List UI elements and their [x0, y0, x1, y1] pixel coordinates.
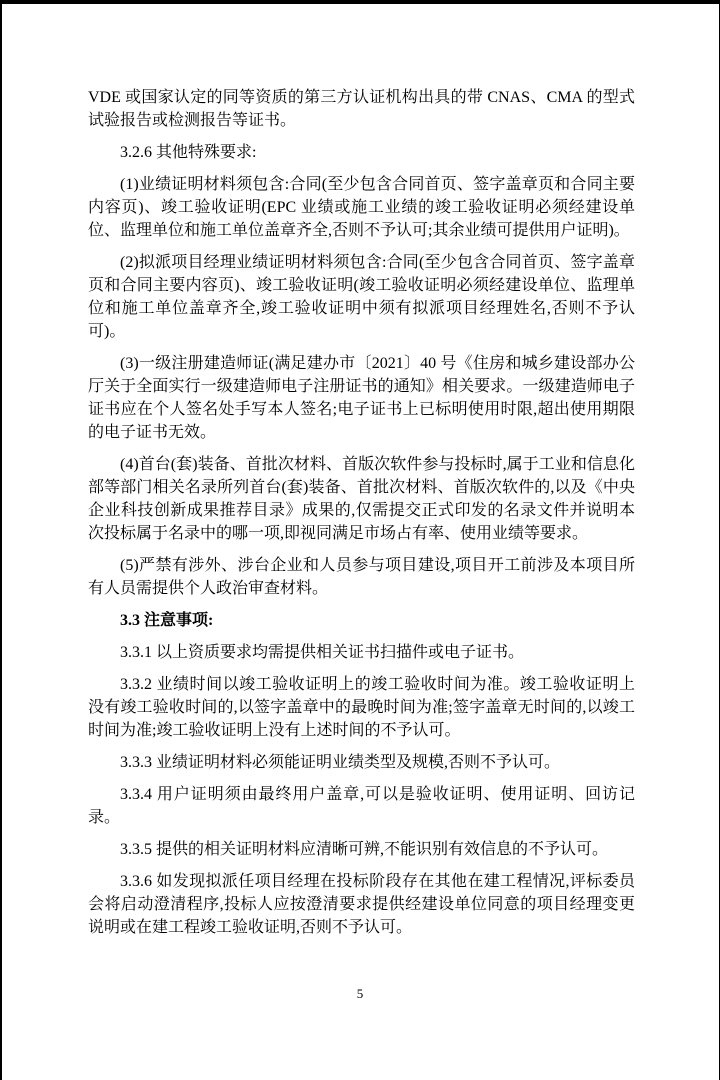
- paragraph: (1)业绩证明材料须包含:合同(至少包含合同首页、签字盖章页和合同主要内容页)、…: [88, 173, 635, 242]
- paragraph: (4)首台(套)装备、首批次材料、首版次软件参与投标时,属于工业和信息化部等部门…: [88, 453, 635, 545]
- page-frame-left-border: [0, 0, 2, 1080]
- document-body: VDE 或国家认定的同等资质的第三方认证机构出具的带 CNAS、CMA 的型式试…: [88, 86, 635, 948]
- paragraph: 3.3.4 用户证明须由最终用户盖章,可以是验收证明、使用证明、回访记录。: [88, 783, 635, 829]
- paragraph: 3.2.6 其他特殊要求:: [88, 141, 635, 164]
- paragraph: (2)拟派项目经理业绩证明材料须包含:合同(至少包含合同首页、签字盖章页和合同主…: [88, 251, 635, 343]
- paragraph: 3.3.2 业绩时间以竣工验收证明上的竣工验收时间为准。竣工验收证明上没有竣工验…: [88, 673, 635, 742]
- paragraph: 3.3.6 如发现拟派任项目经理在投标阶段存在其他在建工程情况,评标委员会将启动…: [88, 870, 635, 939]
- paragraph: 3.3.1 以上资质要求均需提供相关证书扫描件或电子证书。: [88, 641, 635, 664]
- paragraph: (3)一级注册建造师证(满足建办市〔2021〕40 号《住房和城乡建设部办公厅关…: [88, 352, 635, 444]
- paragraph: VDE 或国家认定的同等资质的第三方认证机构出具的带 CNAS、CMA 的型式试…: [88, 86, 635, 132]
- document-page: VDE 或国家认定的同等资质的第三方认证机构出具的带 CNAS、CMA 的型式试…: [0, 0, 720, 1080]
- paragraph: 3.3.3 业绩证明材料必须能证明业绩类型及规模,否则不予认可。: [88, 751, 635, 774]
- paragraph: (5)严禁有涉外、涉台企业和人员参与项目建设,项目开工前涉及本项目所有人员需提供…: [88, 554, 635, 600]
- paragraph: 3.3 注意事项:: [88, 609, 635, 632]
- page-frame-top-border: [0, 0, 720, 4]
- paragraph: 3.3.5 提供的相关证明材料应清晰可辨,不能识别有效信息的不予认可。: [88, 838, 635, 861]
- page-number: 5: [0, 986, 720, 1002]
